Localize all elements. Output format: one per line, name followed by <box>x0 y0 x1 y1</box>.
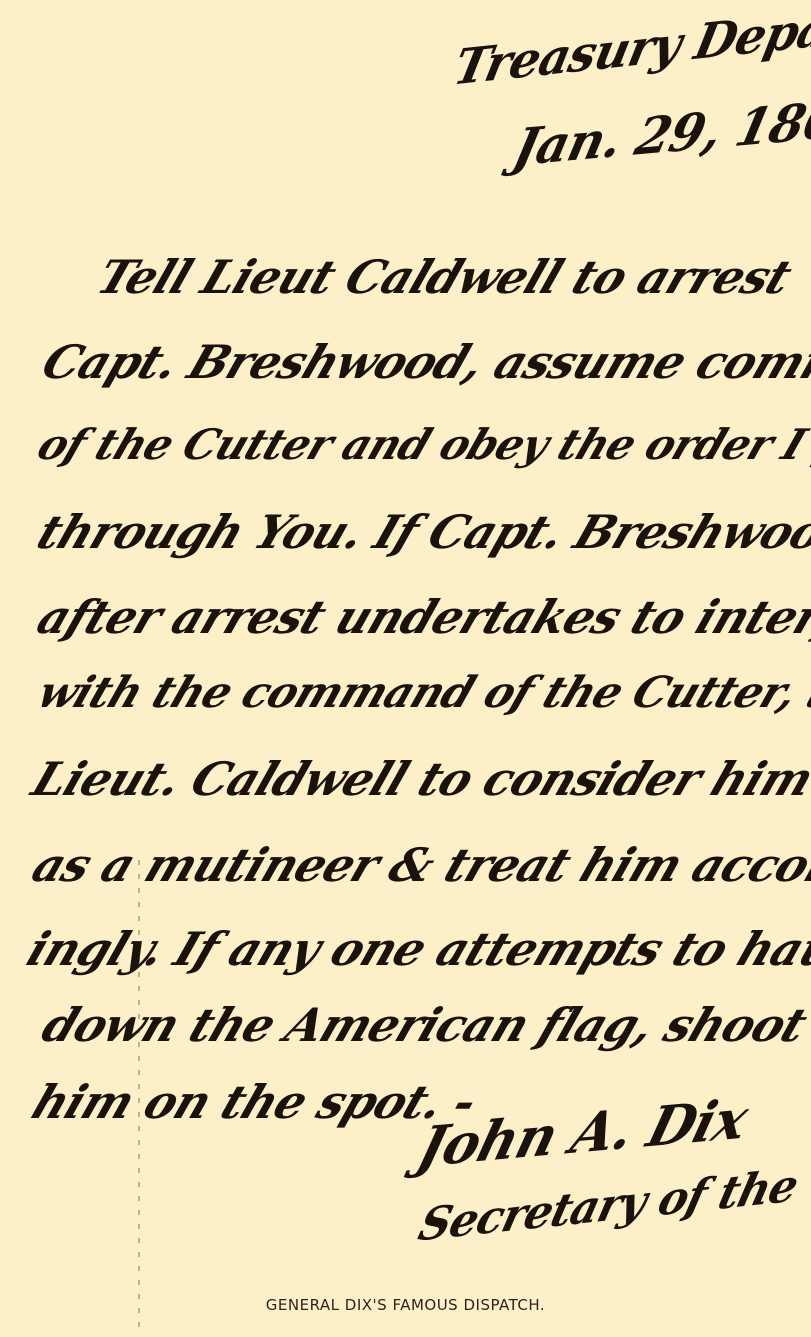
body-line-8: as a mutineer & treat him accord- <box>25 838 811 892</box>
body-line-2: Capt. Breshwood, assume command <box>35 335 811 389</box>
body-line-6: with the command of the Cutter, tell <box>31 668 811 718</box>
caption: GENERAL DIX'S FAMOUS DISPATCH. <box>0 1296 811 1314</box>
body-line-5: after arrest undertakes to interfere <box>30 590 811 644</box>
body-line-11: him on the spot. - <box>25 1075 483 1129</box>
heading-date: Jan. 29, 1861 <box>508 86 811 178</box>
body-line-3: of the Cutter and obey the order I gave <box>31 420 811 469</box>
heading-department: Treasury Department <box>449 0 811 97</box>
body-line-7: Lieut. Caldwell to consider him <box>25 752 811 806</box>
body-line-10: down the American flag, shoot <box>35 998 811 1052</box>
body-line-4: through You. If Capt. Breshwood <box>30 505 811 559</box>
body-line-1: Tell Lieut Caldwell to arrest <box>90 250 798 304</box>
document-page: Treasury Department Jan. 29, 1861 Tell L… <box>0 0 811 1337</box>
body-line-9: ingly. If any one attempts to haul <box>20 922 811 976</box>
